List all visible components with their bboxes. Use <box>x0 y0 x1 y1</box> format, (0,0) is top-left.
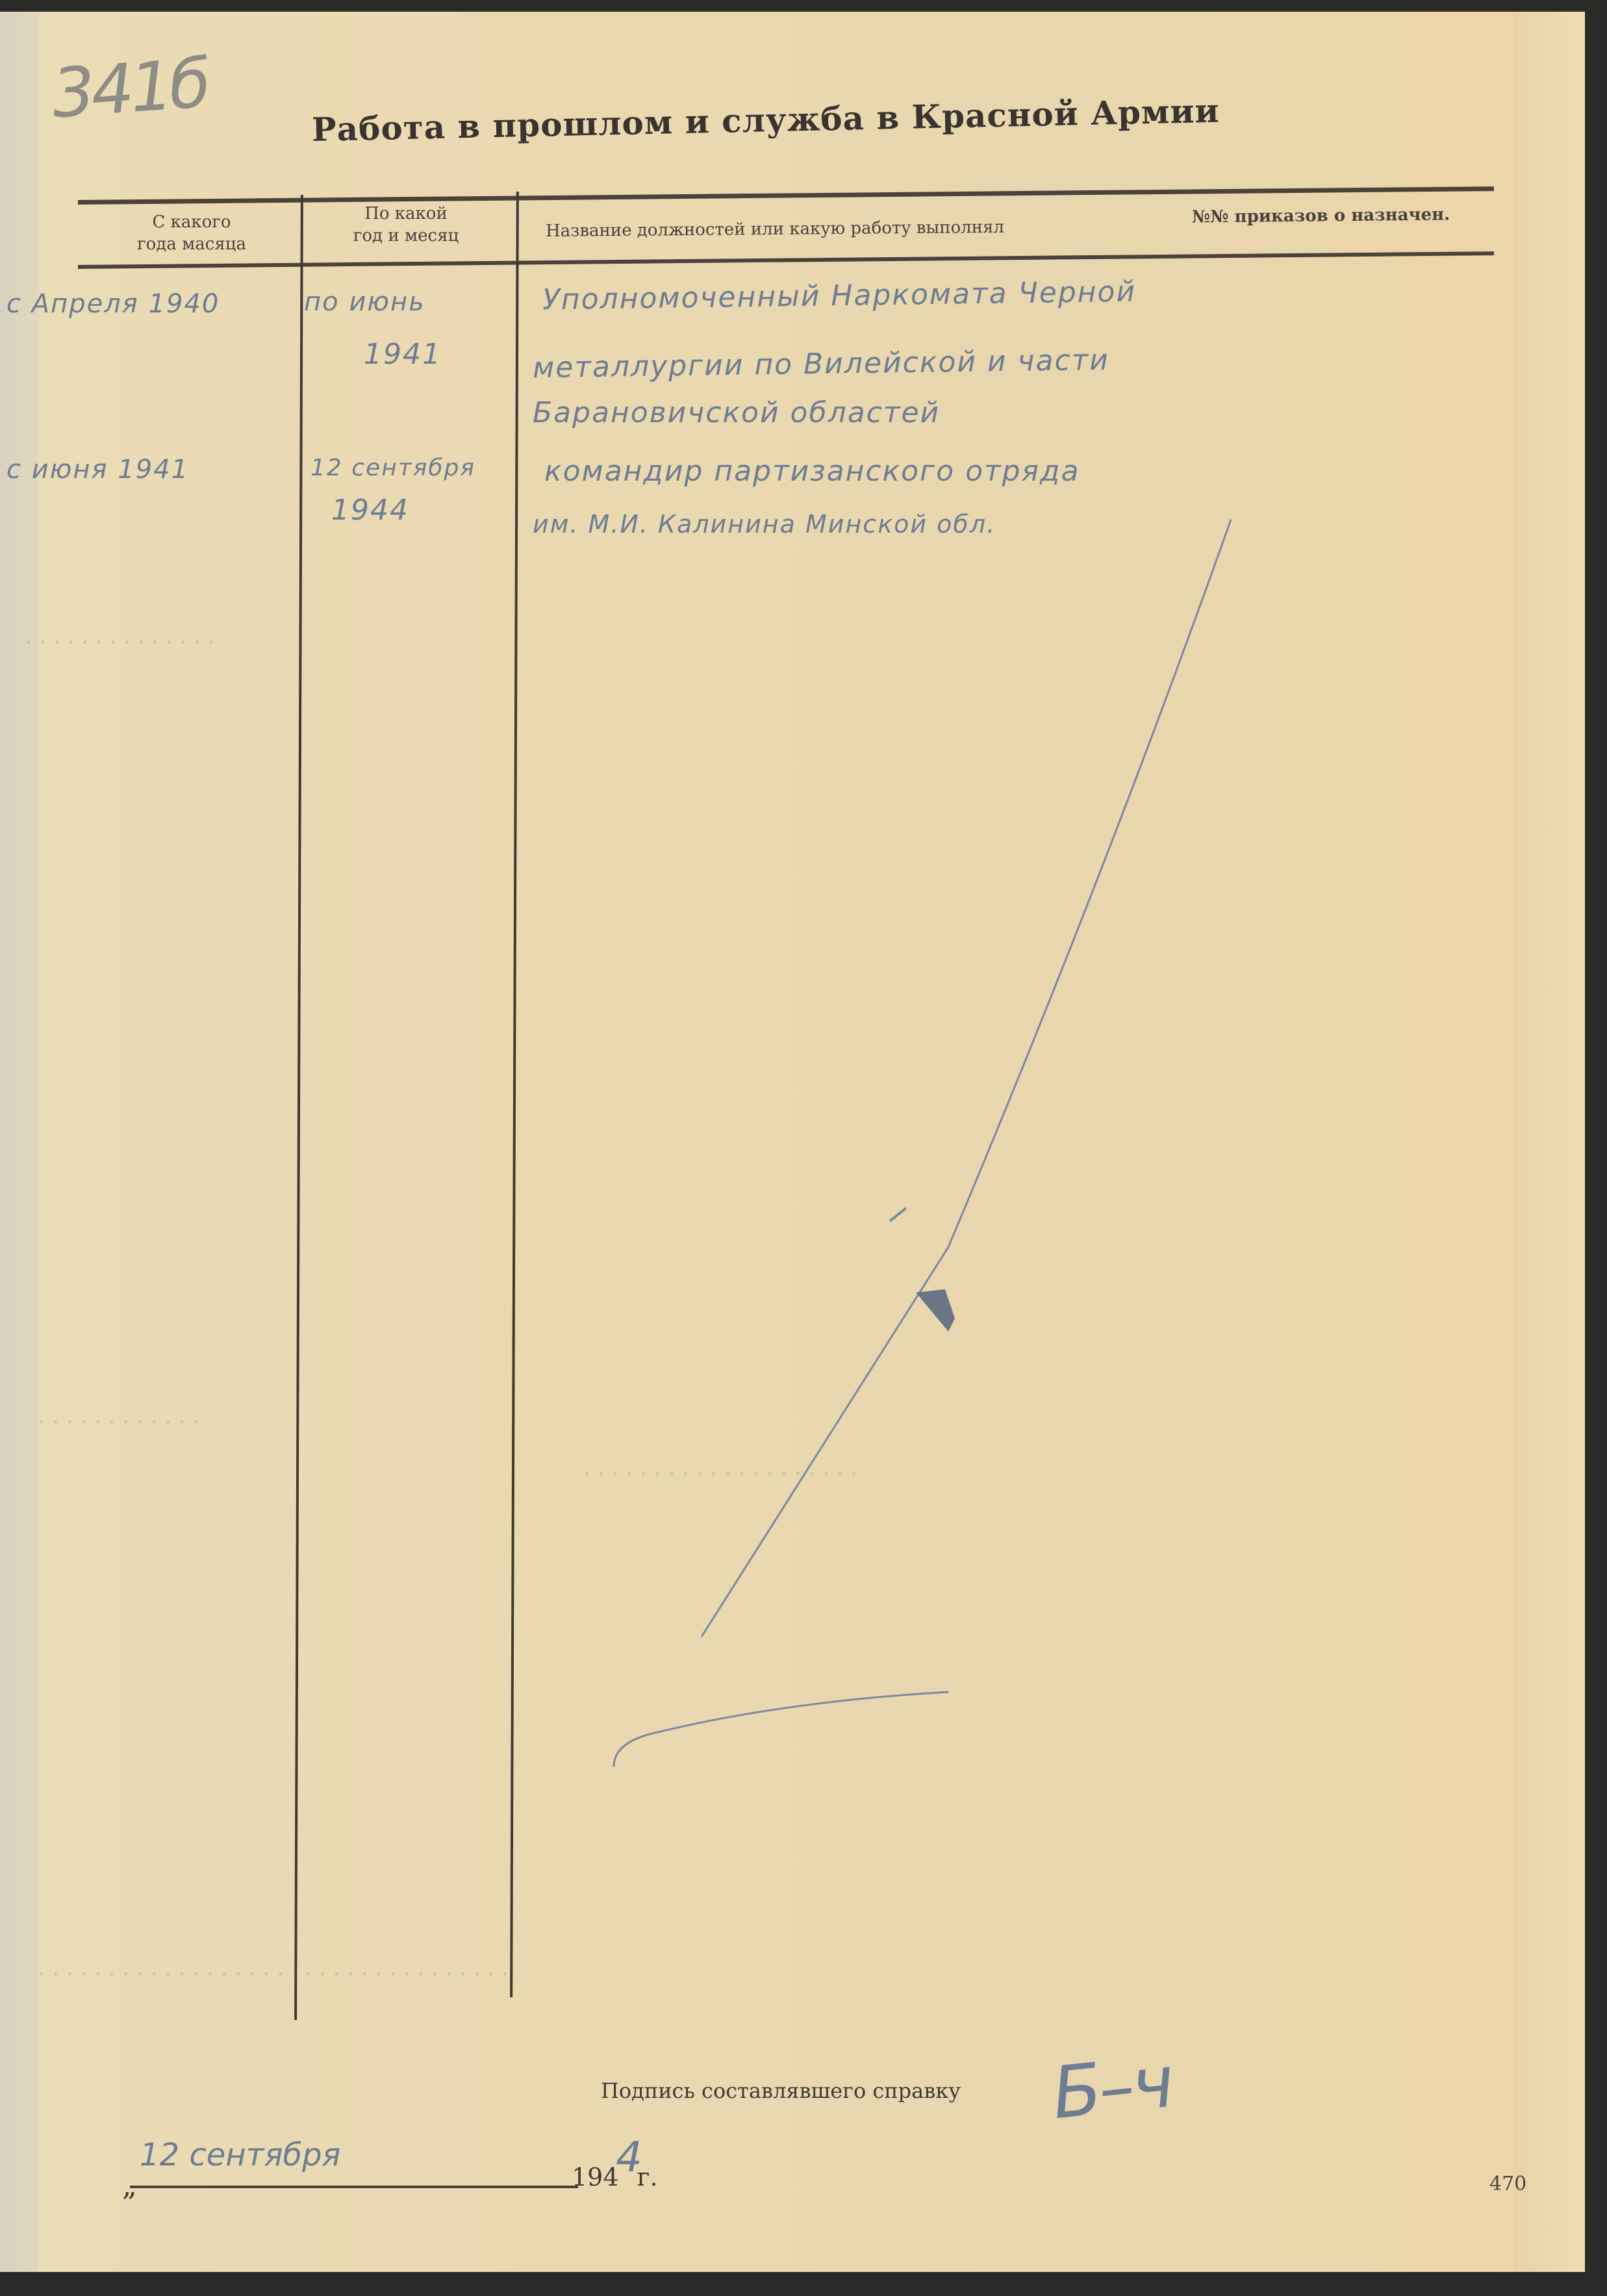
signature: Б–ч <box>1048 2040 1176 2135</box>
date-underline <box>130 2186 578 2188</box>
signature-label: Подпись составлявшего справку <box>601 2078 961 2103</box>
year-printed: 194г. <box>572 2163 658 2191</box>
page-number: 470 <box>1489 2173 1526 2195</box>
date-day-month: 12 сентября <box>140 2137 340 2173</box>
year-handwritten-digit: 4 <box>616 2134 642 2182</box>
pencil-strike-line <box>0 0 1607 2296</box>
